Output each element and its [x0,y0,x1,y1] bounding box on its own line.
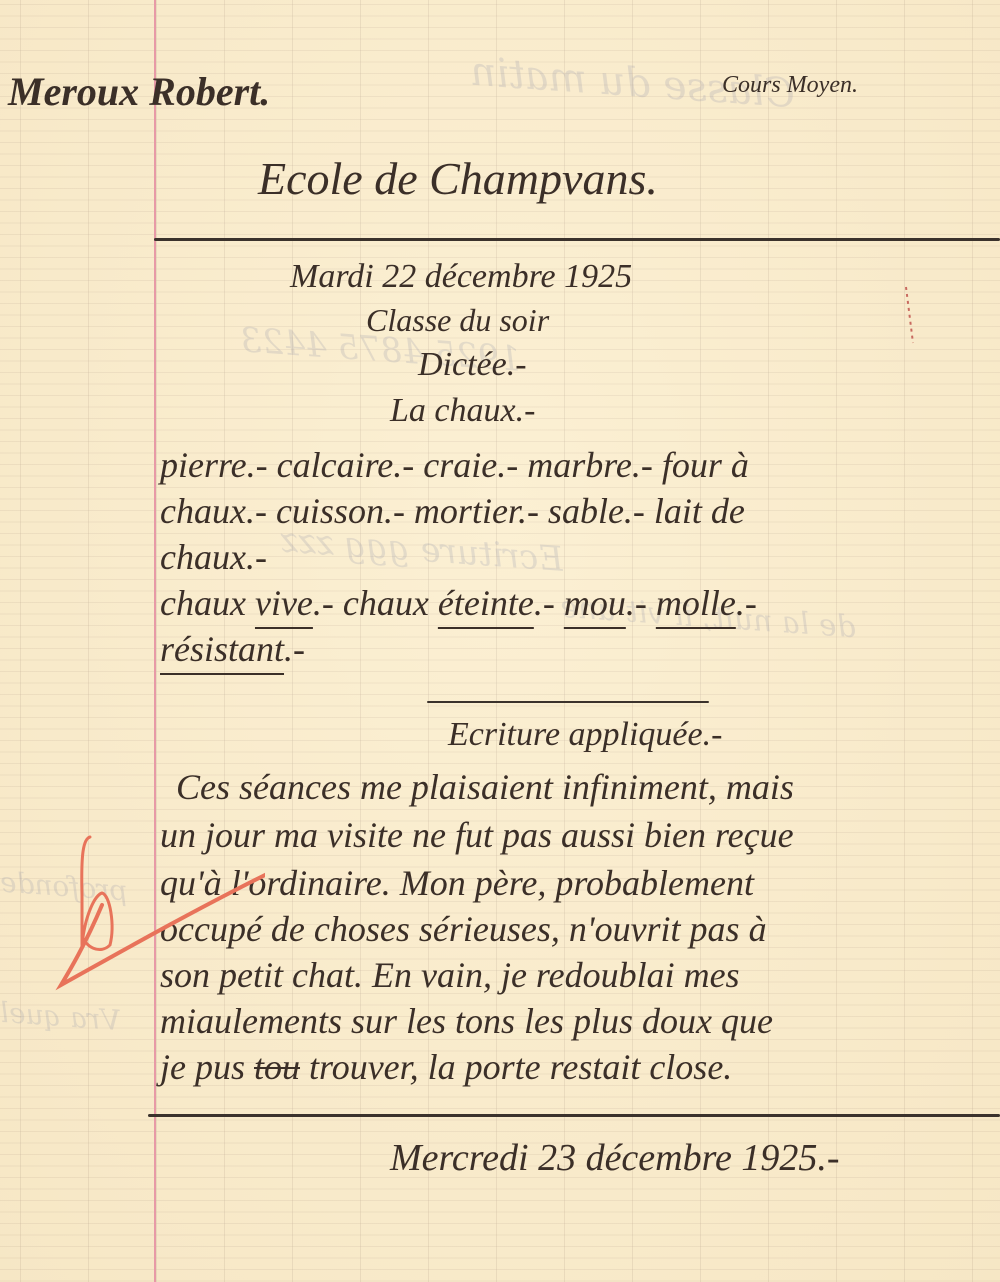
separator: .- [313,583,334,623]
subject-heading: Ecriture appliquée.- [448,716,722,754]
topic-heading: La chaux.- [390,392,535,430]
qualifiers-line: chaux vive.- chaux éteinte.- mou.- molle… [160,582,757,624]
separator: .- [626,583,647,623]
text-fragment: trouver, la porte restait close. [309,1047,732,1087]
underlined-word: éteinte [438,583,534,623]
separator: .- [284,629,305,669]
last-word-line: résistant.- [160,628,305,670]
word: chaux [343,583,429,623]
header-divider [154,238,1000,241]
underlined-word: molle [656,583,736,623]
underlined-word: résistant [160,629,284,669]
class-level: Cours Moyen. [722,72,858,99]
session-label: Classe du soir [366,302,549,339]
vocabulary-line: chaux.- cuisson.- mortier.- sable.- lait… [160,490,745,532]
red-pencil-mark-icon [905,285,915,345]
separator: .- [736,583,757,623]
margin-line [154,0,156,1282]
section-divider [427,701,709,703]
word: chaux [160,583,246,623]
underlined-word: mou [564,583,626,623]
text-line: Ces séances me plaisaient infiniment, ma… [176,766,794,808]
underlined-word: vive [255,583,313,623]
grade-mark-icon [55,835,265,995]
struck-through-word: tou [254,1047,300,1087]
separator: .- [534,583,555,623]
text-line: miaulements sur les tons les plus doux q… [160,1000,773,1042]
subject-heading: Dictée.- [418,346,527,384]
school-title: Ecole de Champvans. [258,152,658,205]
next-entry-date: Mercredi 23 décembre 1925.- [390,1136,840,1180]
lesson-date: Mardi 22 décembre 1925 [290,258,632,296]
vocabulary-line: pierre.- calcaire.- craie.- marbre.- fou… [160,444,749,486]
student-name: Meroux Robert. [8,68,270,115]
text-fragment: je pus [160,1047,245,1087]
vocabulary-line: chaux.- [160,536,267,578]
text-line: je pus tou trouver, la porte restait clo… [160,1046,732,1088]
entry-divider [148,1114,1000,1117]
